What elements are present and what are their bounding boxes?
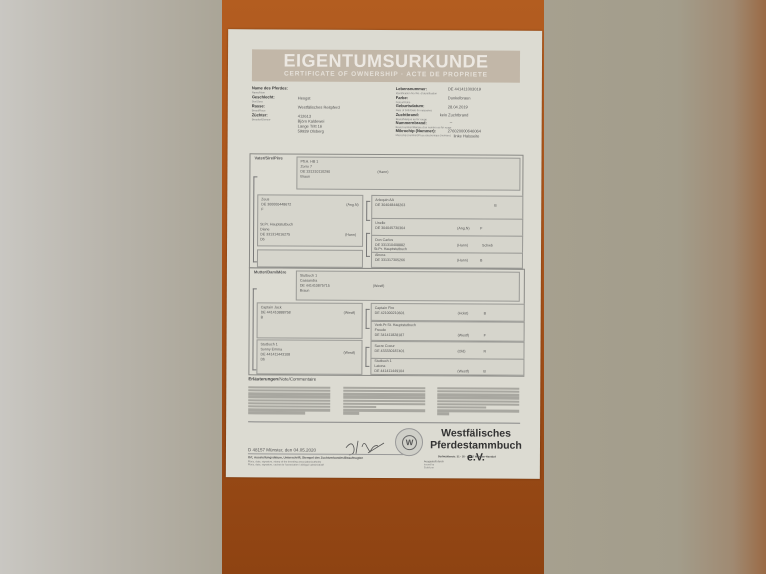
ggparent-breed: (Westf) (457, 369, 469, 374)
association-address: Sudmühlenstr. 31 - 35 · 48157 Münster-Ha… (438, 454, 496, 459)
granddam-box (257, 249, 363, 268)
ggparent-name: Don Carlos (375, 238, 393, 243)
ggparent-name: Latona (374, 364, 385, 369)
notes-text-english (343, 386, 425, 416)
brand-value: kein Zuchtbrand (440, 112, 469, 117)
signature-caption-fr: Place, date, signature, cachet de l'asso… (248, 462, 324, 467)
dam-section-label: Mutter/Dam/Mère (254, 270, 286, 275)
document-subtitle: CERTIFICATE OF OWNERSHIP · ACTE DE PROPR… (252, 70, 520, 79)
ggparent-breed: (Ang.N) (457, 226, 469, 231)
field-sublabel: Breeder/Eleveur (252, 117, 271, 122)
ggparent-number: DE 441411449104 (374, 369, 404, 374)
sex-value: Hengst (298, 96, 311, 101)
seal-emblem: W (402, 435, 417, 450)
ggparent-name: Arlequin AA (375, 198, 394, 203)
granddam-line: Stutbuch 1 (261, 342, 278, 347)
granddam-name: Sonny Emma (260, 347, 282, 352)
ggparent-line: St.Pr. Hauptstutbuch (374, 247, 407, 252)
ggparent-box: Sacre Coeur DE 433330187401 (Old) R (370, 341, 524, 360)
notes-heading: Erläuterungen/Note/Commentaire (248, 376, 316, 381)
ggparent-breed: (Westf) (458, 333, 470, 338)
ggparent-number: DE 433330187401 (374, 349, 404, 354)
dam-name: Cassandra (300, 279, 317, 284)
dam-colour: Braun (300, 289, 310, 294)
field-sublabel: Microchip (number)/Puce électronique (nu… (396, 133, 451, 138)
colour-value: Dunkelbraun (448, 95, 471, 100)
grandsire-box: Captain Jack DE 441410888758 B (Westf) (257, 302, 363, 339)
sire-line: Pfl.H. HB 1 (300, 160, 318, 165)
ggparent-colour: B (480, 259, 482, 264)
ggparent-number: DE 304045730364 (375, 226, 405, 231)
association-name-line1: Westfälisches (430, 427, 522, 439)
grandsire-name: Captain Jack (261, 305, 282, 310)
ggparent-number: DE 304048448263 (375, 203, 405, 208)
ggparent-box: Captain Fire DE 421000210601 (Holst) B (371, 303, 525, 322)
grandsire-breed: (Westf) (344, 311, 356, 316)
dam-line: Stutbuch 1 (300, 274, 317, 279)
notes-heading-bold: Erläuterungen (248, 376, 278, 381)
breeder-city: 59939 Olsberg (298, 129, 324, 134)
ggparent-breed: (Holst) (458, 311, 469, 316)
notes-text-french (437, 386, 519, 416)
ggparent-breed: (Hann) (457, 258, 468, 263)
ggparent-colour: B (484, 312, 486, 317)
ggparent-colour: Schwb (482, 244, 493, 249)
divider (248, 421, 520, 423)
ggparent-name: Freude (375, 328, 386, 333)
ggparent-box: Unelle DE 304045730364 (Ang.N) F (371, 218, 523, 237)
ggparent-name: Alnora (375, 253, 385, 258)
ggparent-box: Stutbuch 1 Latona DE 441411449104 (Westf… (370, 358, 524, 376)
ggparent-colour: F (480, 227, 482, 232)
sire-box: Pfl.H. HB 1 Zorro 7 DE 331310110290 Brau… (296, 157, 520, 191)
ggparent-number: DE 341411828187 (375, 333, 405, 338)
ggparent-line: Stutbuch 1 (374, 359, 391, 364)
grandsire-breed: (Ang.N) (346, 203, 358, 208)
grandsire-number: DE 300000448672 (261, 202, 291, 207)
blurred-background-right (544, 0, 766, 574)
ggparent-name: Captain Fire (375, 306, 395, 311)
blurred-background-left (0, 0, 222, 574)
ggparent-breed: (Old) (457, 349, 465, 354)
ggparent-colour: B (494, 204, 496, 209)
ggparent-name: Unelle (375, 221, 385, 226)
ggparent-number: DE 331317305266 (375, 258, 405, 263)
sire-section-label: Vater/Sire/Père (254, 156, 282, 161)
issued-by-fr: Établi par (424, 465, 434, 470)
sire-name: Zorro 7 (300, 165, 312, 170)
sire-breed: (Hann) (377, 170, 388, 175)
grandsire-number: DE 441410888758 (261, 310, 291, 315)
ggparent-name: Sacre Coeur (375, 344, 395, 349)
ggparent-number: DE 421000210601 (375, 311, 405, 316)
association-seal-icon: W (395, 428, 423, 456)
granddam-box: Stutbuch 1 Sonny Emma DE 441411443108 Db… (256, 339, 362, 375)
pedigree-bracket (366, 201, 370, 221)
granddam-colour: Db (260, 357, 265, 362)
notes-heading-rest: /Note/Commentaire (278, 376, 316, 381)
grandsire-name: Zeus (261, 197, 269, 202)
document-title: EIGENTUMSURKUNDE (252, 50, 520, 71)
ggparent-box: Arlequin AA DE 304048448263 B (371, 195, 523, 220)
grandsire-colour: F (261, 207, 263, 212)
pedigree-bracket (365, 347, 369, 367)
ggparent-colour: R (483, 350, 486, 355)
breed-value: Westfälisches Reitpferd (298, 105, 340, 110)
ggparent-box: Verb.Pr.St. Hauptstutbuch Freude DE 3414… (371, 321, 525, 342)
grandsire-box: Zeus DE 300000448672 F (Ang.N) (257, 194, 363, 247)
ggparent-colour: B (483, 370, 485, 375)
pedigree-bracket (366, 233, 370, 257)
dam-breed: (Westf) (373, 284, 385, 289)
pedigree-bracket (366, 309, 370, 329)
grandsire-colour: B (261, 315, 263, 320)
notes-text-german (248, 385, 330, 415)
ggparent-box: Alnora DE 331317305266 (Hann) B (371, 252, 523, 269)
issue-place-date: D 48157 Münster, den 04.05.2020 (248, 447, 316, 452)
life-number-value: DE 441411003019 (448, 86, 481, 91)
dam-box: Stutbuch 1 Cassandra DE 441410875715 Bra… (296, 271, 520, 302)
granddam-name: Diane (260, 227, 269, 232)
ggparent-colour: F (484, 334, 486, 339)
granddam-colour: Db (260, 237, 265, 242)
sire-colour: Braun (300, 175, 310, 180)
number-brand-value: -- (450, 119, 453, 124)
title-banner: EIGENTUMSURKUNDE CERTIFICATE OF OWNERSHI… (252, 49, 520, 82)
granddam-breed: (Westf) (343, 351, 355, 356)
sire-pedigree-section: Vater/Sire/Père Pfl.H. HB 1 Zorro 7 DE 3… (249, 153, 524, 269)
microchip-position: linke Halsseite (454, 133, 480, 138)
ownership-certificate: EIGENTUMSURKUNDE CERTIFICATE OF OWNERSHI… (226, 29, 542, 479)
granddam-breed: (Hann) (345, 233, 356, 238)
ggparent-breed: (Hann) (457, 243, 468, 248)
birth-date-value: 28.04.2019 (448, 104, 468, 109)
dam-pedigree-section: Mutter/Dam/Mère Stutbuch 1 Cassandra DE … (248, 267, 525, 376)
